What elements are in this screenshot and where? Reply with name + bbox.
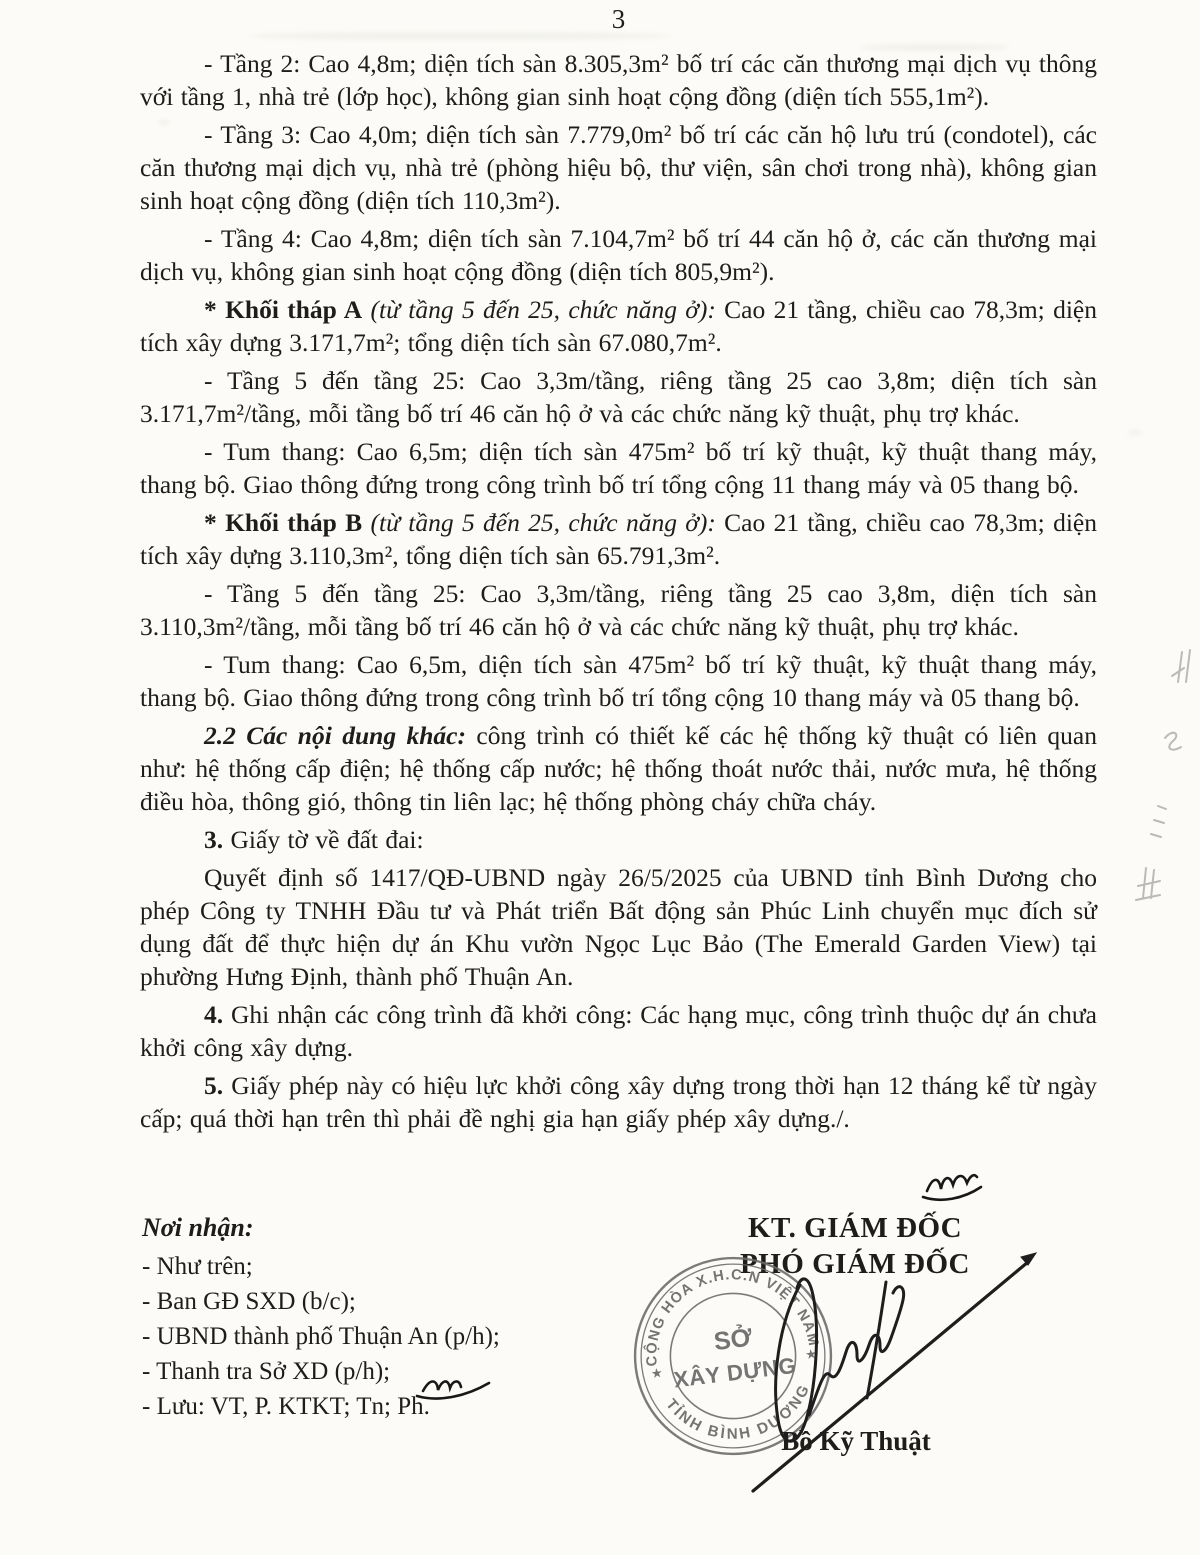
text-segment: Ghi nhận các công trình đã khởi công: Cá… [140, 1000, 1097, 1062]
text-segment: * Khối tháp A [204, 295, 362, 324]
paragraph-thap-a-tang-5-25: - Tầng 5 đến tầng 25: Cao 3,3m/tầng, riê… [140, 364, 1097, 430]
paragraph-quyet-dinh: Quyết định số 1417/QĐ-UBND ngày 26/5/202… [140, 861, 1097, 993]
paragraph-tang-3: - Tầng 3: Cao 4,0m; diện tích sàn 7.779,… [140, 118, 1097, 217]
paragraph-tang-4: - Tầng 4: Cao 4,8m; diện tích sàn 7.104,… [140, 222, 1097, 288]
recipients-title: Nơi nhận: [142, 1210, 622, 1245]
stamp-center-line2: XÂY DỰNG [672, 1353, 797, 1393]
stamp-star-right-icon: ★ [804, 1346, 818, 1362]
text-segment: Giấy tờ về đất đai: [223, 825, 423, 854]
text-segment: 4. [204, 1000, 223, 1029]
text-segment: Quyết định số 1417/QĐ-UBND ngày 26/5/202… [140, 863, 1097, 991]
scan-smudge [250, 32, 670, 40]
text-segment: - Tum thang: Cao 6,5m; diện tích sàn 475… [140, 437, 1097, 499]
signer-name: Bồ Kỹ Thuật [706, 1426, 1006, 1457]
text-segment: 5. [204, 1071, 223, 1100]
document-body: - Tầng 2: Cao 4,8m; diện tích sàn 8.305,… [140, 42, 1097, 1135]
handwritten-initials-clause5 [923, 1175, 981, 1200]
paragraph-thap-b-tum-thang: - Tum thang: Cao 6,5m, diện tích sàn 475… [140, 648, 1097, 714]
text-segment: 3. [204, 825, 223, 854]
stamp-star-left-icon: ★ [650, 1365, 664, 1381]
text-segment: - Tầng 2: Cao 4,8m; diện tích sàn 8.305,… [140, 49, 1097, 111]
text-segment: - Tầng 5 đến tầng 25: Cao 3,3m/tầng, riê… [140, 366, 1097, 428]
text-segment: - Tum thang: Cao 6,5m, diện tích sàn 475… [140, 650, 1097, 712]
recipient-item: - Lưu: VT, P. KTKT; Tn; Ph. [142, 1389, 622, 1424]
paragraph-giay-to-dat-dai: 3. Giấy tờ về đất đai: [140, 823, 1097, 856]
paragraph-tang-2: - Tầng 2: Cao 4,8m; diện tích sàn 8.305,… [140, 47, 1097, 113]
paragraph-khoi-thap-b: * Khối tháp B (từ tầng 5 đến 25, chức nă… [140, 506, 1097, 572]
text-segment: (từ tầng 5 đến 25, chức năng ở): [362, 295, 716, 324]
paragraph-ghi-nhan-khoi-cong: 4. Ghi nhận các công trình đã khởi công:… [140, 998, 1097, 1064]
text-segment: Giấy phép này có hiệu lực khởi công xây … [140, 1071, 1097, 1133]
paragraph-khoi-thap-a: * Khối tháp A (từ tầng 5 đến 25, chức nă… [140, 293, 1097, 359]
text-segment: - Tầng 5 đến tầng 25: Cao 3,3m/tầng, riê… [140, 579, 1097, 641]
recipients-block: Nơi nhận: - Như trên; - Ban GĐ SXD (b/c)… [142, 1210, 622, 1424]
approval-title: KT. GIÁM ĐỐC [620, 1210, 1090, 1246]
text-segment: - Tầng 3: Cao 4,0m; diện tích sàn 7.779,… [140, 120, 1097, 215]
page-number: 3 [140, 4, 1097, 35]
paragraph-cac-noi-dung-khac: 2.2 Các nội dung khác: công trình có thi… [140, 719, 1097, 818]
recipient-item: - UBND thành phố Thuận An (p/h); [142, 1319, 622, 1354]
text-segment: (từ tầng 5 đến 25, chức năng ở): [362, 508, 716, 537]
paragraph-thap-a-tum-thang: - Tum thang: Cao 6,5m; diện tích sàn 475… [140, 435, 1097, 501]
recipient-item: - Ban GĐ SXD (b/c); [142, 1284, 622, 1319]
margin-scribbles [1136, 650, 1190, 900]
text-segment: * Khối tháp B [204, 508, 362, 537]
recipient-item: - Thanh tra Sở XD (p/h); [142, 1354, 622, 1389]
paragraph-hieu-luc: 5. Giấy phép này có hiệu lực khởi công x… [140, 1069, 1097, 1135]
text-segment: 2.2 Các nội dung khác: [204, 721, 466, 750]
stamp-center-line1: SỞ [712, 1321, 754, 1357]
paragraph-thap-b-tang-5-25: - Tầng 5 đến tầng 25: Cao 3,3m/tầng, riê… [140, 577, 1097, 643]
scanned-permit-page: { "page_number": "3", "paragraphs": [ {"… [0, 0, 1200, 1555]
scan-smudge [1128, 430, 1142, 435]
recipient-item: - Như trên; [142, 1249, 622, 1284]
text-segment: - Tầng 4: Cao 4,8m; diện tích sàn 7.104,… [140, 224, 1097, 286]
